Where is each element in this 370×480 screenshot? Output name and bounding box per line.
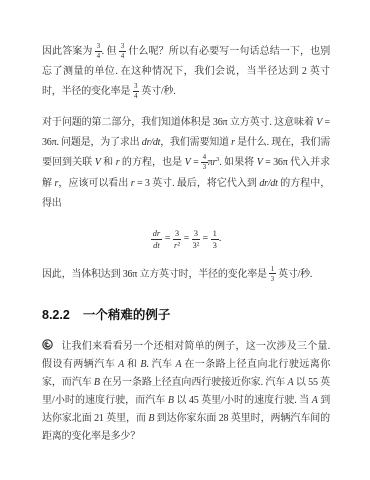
paragraph-conclusion: 因此，当体积达到 36π 立方英寸时，半径的变化率是 13 英寸/秒. [42, 265, 330, 285]
paragraph-harder-example: 让我们来看看另一个还相对简单的例子，这一次涉及三个量. 假设有两辆汽车 A 和 … [42, 338, 330, 446]
section-number: 8.2.2 [42, 308, 70, 322]
display-equation: drdt = 3r² = 33² = 13. [42, 225, 330, 253]
spiral-icon [42, 339, 53, 350]
section-heading: 8.2.2一个稍难的例子 [42, 305, 330, 323]
paragraph-answer-summary: 因此答案为 34. 但 34 什么呢？所以有必要写一句话总结一下，也别忘了测量的… [42, 42, 330, 102]
paragraph-second-part: 对于问题的第二部分，我们知道体积是 36π 立方英寸. 这意味着 V = 36π… [42, 113, 330, 213]
section-title: 一个稍难的例子 [83, 308, 171, 322]
paragraph-text: 让我们来看看另一个还相对简单的例子，这一次涉及三个量. 假设有两辆汽车 A 和 … [42, 341, 330, 442]
book-page: 因此答案为 34. 但 34 什么呢？所以有必要写一句话总结一下，也别忘了测量的… [0, 0, 370, 480]
